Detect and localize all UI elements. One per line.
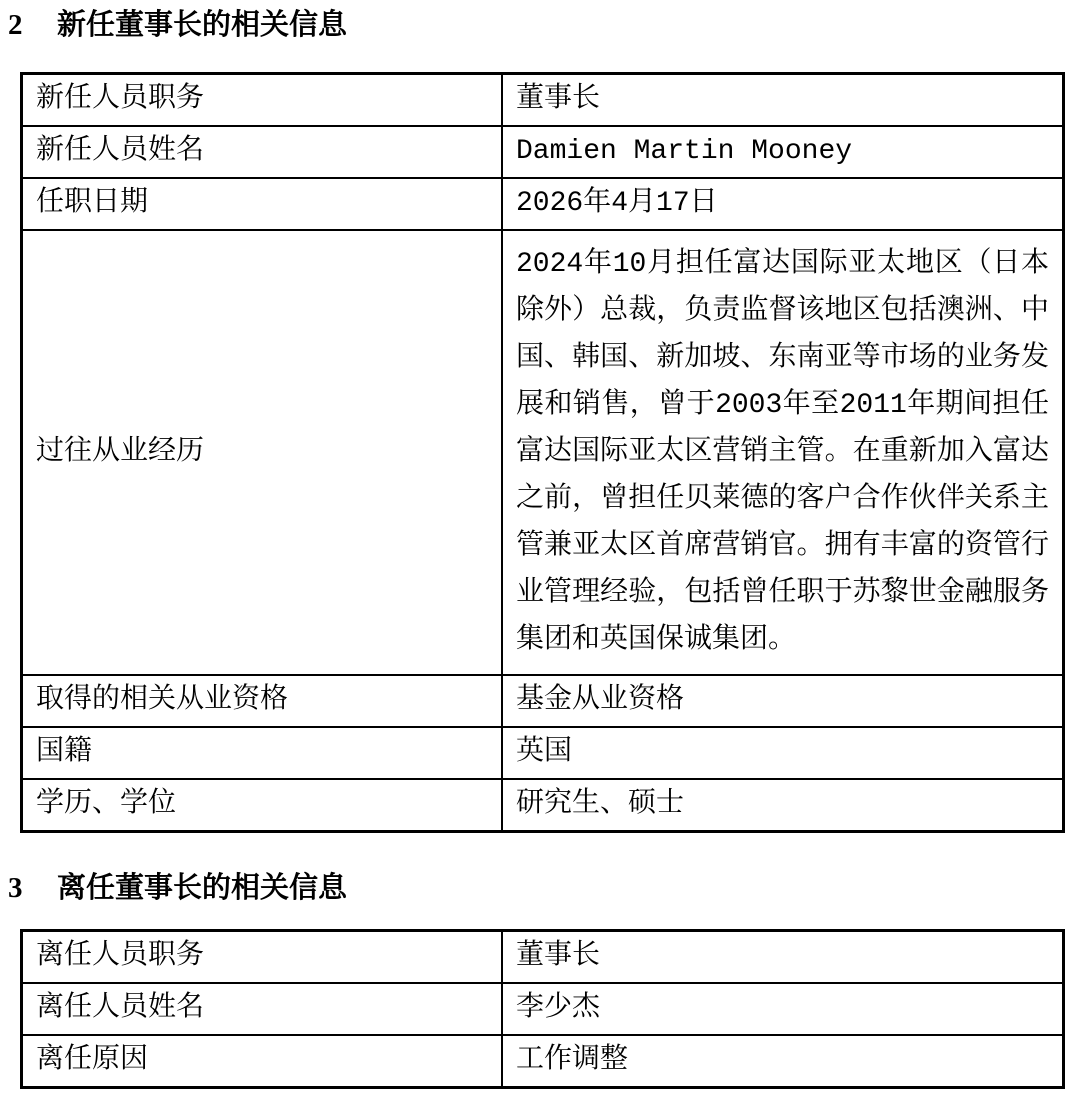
field-value-cell: 英国	[502, 727, 1064, 779]
table-row: 离任人员职务 董事长	[22, 931, 1064, 984]
field-label-cell: 过往从业经历	[22, 230, 503, 675]
field-label-cell: 新任人员职务	[22, 74, 503, 127]
career-history-paragraph: 2024年10月担任富达国际亚太地区（日本除外）总裁，负责监督该地区包括澳洲、中…	[516, 241, 1049, 664]
field-value-cell: 董事长	[502, 931, 1064, 984]
section-number: 2	[8, 8, 57, 42]
field-label-cell: 新任人员姓名	[22, 126, 503, 178]
field-label-cell: 离任人员职务	[22, 931, 503, 984]
field-value-cell: 2024年10月担任富达国际亚太地区（日本除外）总裁，负责监督该地区包括澳洲、中…	[502, 230, 1064, 675]
field-value-cell: 李少杰	[502, 983, 1064, 1035]
field-value-cell: 研究生、硕士	[502, 779, 1064, 832]
table-row: 国籍 英国	[22, 727, 1064, 779]
field-label-cell: 取得的相关从业资格	[22, 675, 503, 727]
field-value-cell: Damien Martin Mooney	[502, 126, 1064, 178]
table-row: 离任原因 工作调整	[22, 1035, 1064, 1088]
field-label-cell: 任职日期	[22, 178, 503, 230]
table-row: 过往从业经历 2024年10月担任富达国际亚太地区（日本除外）总裁，负责监督该地…	[22, 230, 1064, 675]
field-value-cell: 2026年4月17日	[502, 178, 1064, 230]
section-heading-new-chairman: 2新任董事长的相关信息	[8, 8, 1065, 42]
table-row: 取得的相关从业资格 基金从业资格	[22, 675, 1064, 727]
section-title: 新任董事长的相关信息	[57, 9, 347, 41]
field-value-cell: 董事长	[502, 74, 1064, 127]
new-chairman-table: 新任人员职务 董事长 新任人员姓名 Damien Martin Mooney 任…	[20, 72, 1065, 833]
field-label-cell: 离任原因	[22, 1035, 503, 1088]
field-value-cell: 基金从业资格	[502, 675, 1064, 727]
departing-chairman-table: 离任人员职务 董事长 离任人员姓名 李少杰 离任原因 工作调整	[20, 929, 1065, 1089]
table-row: 新任人员姓名 Damien Martin Mooney	[22, 126, 1064, 178]
section-number: 3	[8, 871, 57, 905]
table-row: 任职日期 2026年4月17日	[22, 178, 1064, 230]
section-heading-departing-chairman: 3离任董事长的相关信息	[8, 871, 1065, 905]
field-value-cell: 工作调整	[502, 1035, 1064, 1088]
table-row: 新任人员职务 董事长	[22, 74, 1064, 127]
table-row: 学历、学位 研究生、硕士	[22, 779, 1064, 832]
field-label-cell: 国籍	[22, 727, 503, 779]
document-page: 2新任董事长的相关信息 新任人员职务 董事长 新任人员姓名 Damien Mar…	[0, 0, 1080, 1101]
section-title: 离任董事长的相关信息	[57, 872, 347, 904]
field-label-cell: 学历、学位	[22, 779, 503, 832]
field-label-cell: 离任人员姓名	[22, 983, 503, 1035]
table-row: 离任人员姓名 李少杰	[22, 983, 1064, 1035]
